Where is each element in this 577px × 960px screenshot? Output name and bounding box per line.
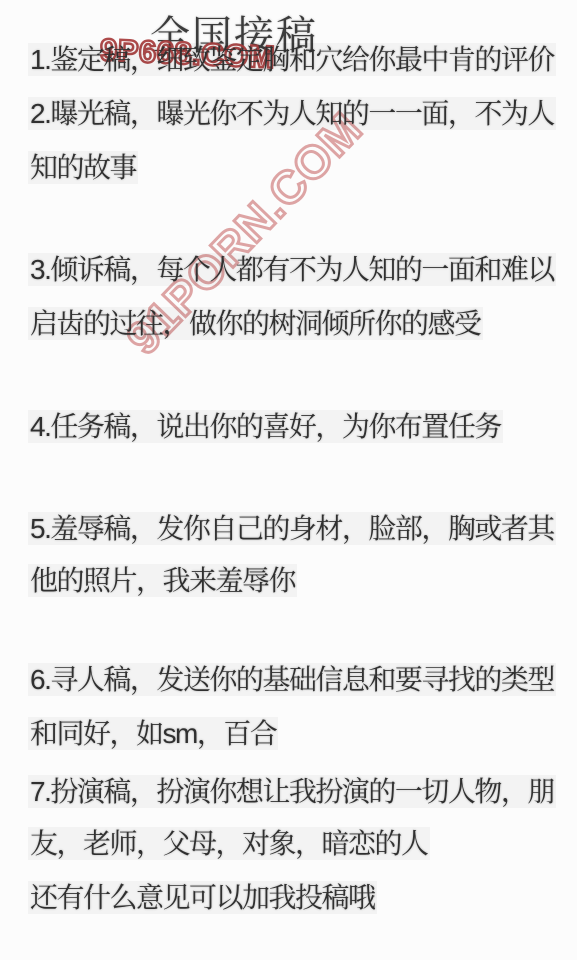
text-line-6-text: 4.任务稿，说出你的喜好，为你布置任务 xyxy=(28,410,503,443)
text-line-7-text: 5.羞辱稿，发你自己的身材，脸部，胸或者其 xyxy=(28,512,556,545)
text-line-3: 知的故事 xyxy=(28,151,138,185)
text-line-9-text: 6.寻人稿，发送你的基础信息和要寻找的类型 xyxy=(28,663,556,696)
text-line-1-text: 1.鉴定稿，细致鉴定胸和穴给你最中肯的评价 xyxy=(28,43,556,76)
text-line-10-text: 和同好，如sm，百合 xyxy=(28,717,278,750)
text-line-1: 1.鉴定稿，细致鉴定胸和穴给你最中肯的评价 xyxy=(28,43,556,77)
text-line-13-text: 还有什么意见可以加我投稿哦 xyxy=(28,881,377,914)
text-line-11-text: 7.扮演稿，扮演你想让我扮演的一切人物，朋 xyxy=(28,775,556,808)
text-line-2: 2.曝光稿，曝光你不为人知的一一面，不为人 xyxy=(28,97,556,131)
text-line-12: 友，老师，父母，对象，暗恋的人 xyxy=(28,827,430,861)
text-line-4-text: 3.倾诉稿，每个人都有不为人知的一面和难以 xyxy=(28,253,556,286)
text-line-12-text: 友，老师，父母，对象，暗恋的人 xyxy=(28,827,430,860)
text-line-8-text: 他的照片，我来羞辱你 xyxy=(28,564,297,597)
text-line-10: 和同好，如sm，百合 xyxy=(28,717,278,751)
text-line-11: 7.扮演稿，扮演你想让我扮演的一切人物，朋 xyxy=(28,775,556,809)
text-line-9: 6.寻人稿，发送你的基础信息和要寻找的类型 xyxy=(28,663,556,697)
text-line-5: 启齿的过往，做你的树洞倾所你的感受 xyxy=(28,307,483,341)
text-line-7: 5.羞辱稿，发你自己的身材，脸部，胸或者其 xyxy=(28,512,556,546)
text-line-6: 4.任务稿，说出你的喜好，为你布置任务 xyxy=(28,410,503,444)
text-line-2-text: 2.曝光稿，曝光你不为人知的一一面，不为人 xyxy=(28,97,556,130)
document-page: 全国接稿 9P668.COM 91PORN.COM 1.鉴定稿，细致鉴定胸和穴给… xyxy=(0,0,577,960)
text-line-5-text: 启齿的过往，做你的树洞倾所你的感受 xyxy=(28,307,483,340)
text-line-8: 他的照片，我来羞辱你 xyxy=(28,564,297,598)
text-line-4: 3.倾诉稿，每个人都有不为人知的一面和难以 xyxy=(28,253,556,287)
text-line-13: 还有什么意见可以加我投稿哦 xyxy=(28,881,377,915)
text-line-3-text: 知的故事 xyxy=(28,151,138,184)
